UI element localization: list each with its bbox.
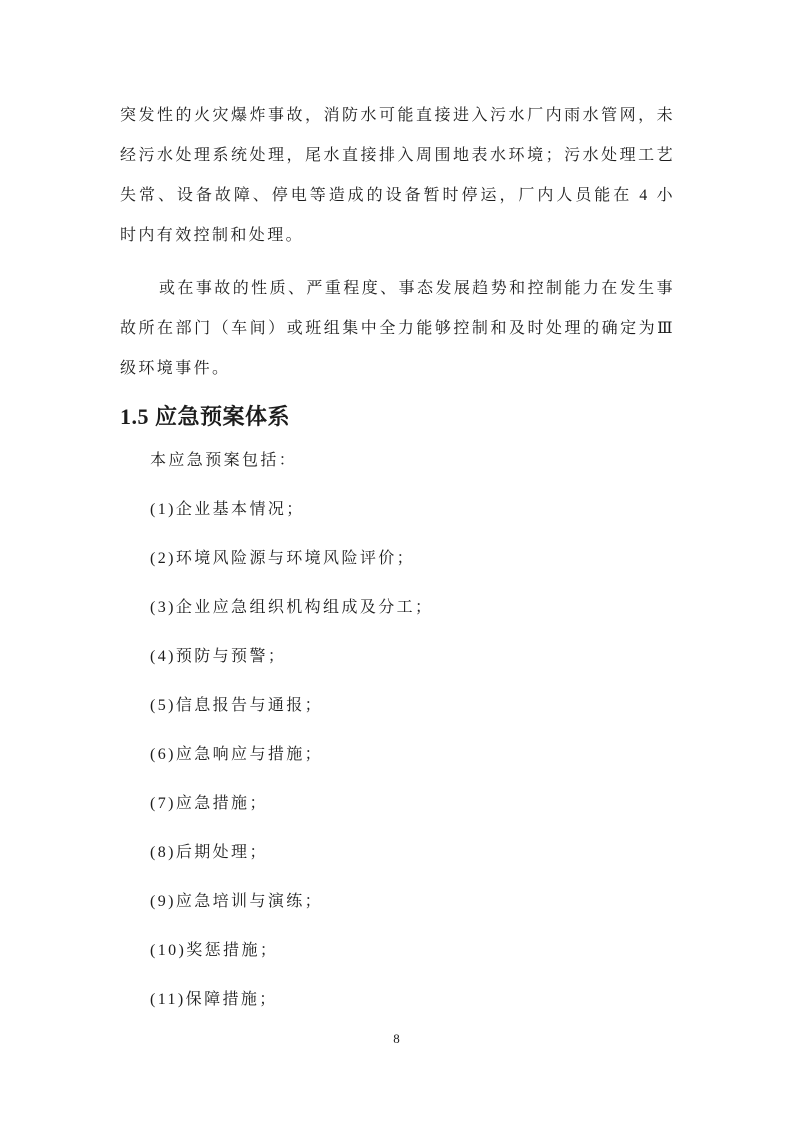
document-page: 突发性的火灾爆炸事故，消防水可能直接进入污水厂内雨水管网，未经污水处理系统处理，… [0, 0, 793, 1122]
document-body: 突发性的火灾爆炸事故，消防水可能直接进入污水厂内雨水管网，未经污水处理系统处理，… [0, 0, 793, 1029]
plan-list-intro: 本应急预案包括： [120, 441, 675, 481]
plan-list-item-6: (6)应急响应与措施； [120, 735, 675, 775]
section-heading-1-5: 1.5 应急预案体系 [120, 402, 675, 432]
plan-list-item-2: (2)环境风险源与环境风险评价； [120, 539, 675, 579]
paragraph-fire-accident-runoff: 突发性的火灾爆炸事故，消防水可能直接进入污水厂内雨水管网，未经污水处理系统处理，… [120, 96, 675, 256]
plan-list-item-5: (5)信息报告与通报； [120, 686, 675, 726]
plan-list-item-4: (4)预防与预警； [120, 637, 675, 677]
plan-list-item-9: (9)应急培训与演练； [120, 882, 675, 922]
plan-list-item-11: (11)保障措施； [120, 980, 675, 1020]
plan-list-item-7: (7)应急措施； [120, 784, 675, 824]
plan-list-item-3: (3)企业应急组织机构组成及分工； [120, 588, 675, 628]
page-number: 8 [0, 1031, 793, 1047]
plan-list-item-8: (8)后期处理； [120, 833, 675, 873]
plan-list-item-1: (1)企业基本情况； [120, 490, 675, 530]
paragraph-level3-event-definition: 或在事故的性质、严重程度、事态发展趋势和控制能力在发生事故所在部门（车间）或班组… [120, 269, 675, 389]
plan-list-item-10: (10)奖惩措施； [120, 931, 675, 971]
